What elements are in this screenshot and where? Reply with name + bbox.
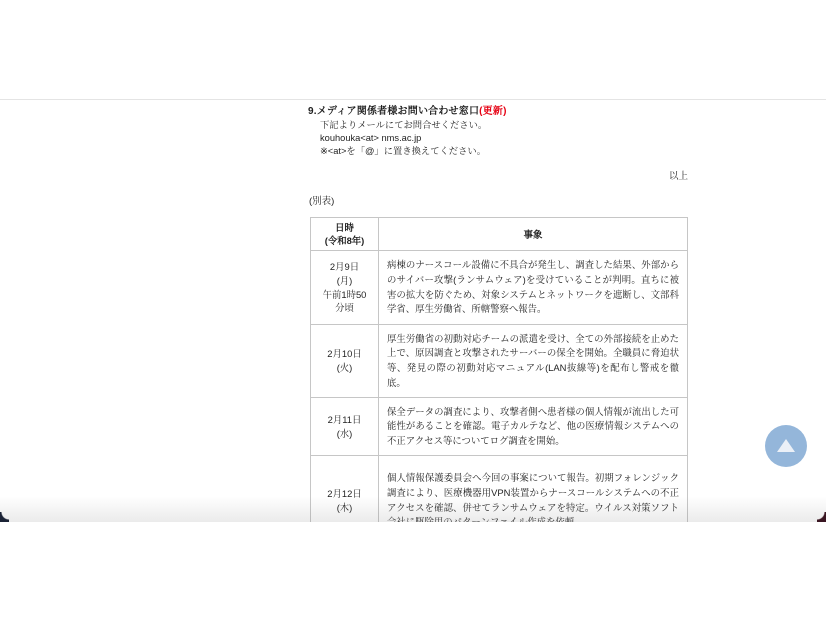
table-row: 2月11日 (水) 保全データの調査により、攻撃者側へ患者様の個人情報が流出した… [311,398,688,456]
incident-timeline-table: 日時 (令和8年) 事象 2月9日 (月) 午前1時50 分頃 病棟のナースコー… [310,217,688,522]
update-badge: (更新) [479,106,506,117]
event-cell: 病棟のナースコール設備に不具合が発生し、調査した結果、外部からのサイバー攻撃(ラ… [379,251,688,325]
frame-corner-left [0,512,9,522]
frame-corner-right [817,512,826,522]
date-cell: 2月9日 (月) 午前1時50 分頃 [311,251,379,325]
date-cell: 2月11日 (水) [311,398,379,456]
event-cell: 厚生労働省の初動対応チームの派遣を受け、全ての外部接続を止めた上で、原因調査と攻… [379,325,688,398]
contact-instruction-line: 下記よりメールにてお問合せください。 [320,119,487,132]
up-triangle-icon [777,439,795,452]
date-cell: 2月12日 (木) [311,456,379,523]
contact-email: kouhouka<at> nms.ac.jp [320,132,487,145]
table-row: 2月9日 (月) 午前1時50 分頃 病棟のナースコール設備に不具合が発生し、調… [311,251,688,325]
closing-ijou: 以上 [308,168,688,182]
column-header-event: 事象 [379,218,688,251]
section-heading: 9.メディア関係者様お問い合わせ窓口(更新) [308,102,507,117]
date-cell: 2月10日 (火) [311,325,379,398]
event-cell: 個人情報保護委員会へ今回の事案について報告。初期フォレンジック調査により、医療機… [379,456,688,523]
contact-instructions: 下記よりメールにてお問合せください。 kouhouka<at> nms.ac.j… [320,119,487,158]
appendix-label: (別表) [309,193,334,207]
table-row: 2月10日 (火) 厚生労働省の初動対応チームの派遣を受け、全ての外部接続を止め… [311,325,688,398]
table-header-row: 日時 (令和8年) 事象 [311,218,688,251]
event-cell: 保全データの調査により、攻撃者側へ患者様の個人情報が流出した可能性があることを確… [379,398,688,456]
scroll-to-top-button[interactable] [765,425,807,467]
section-heading-title: 9.メディア関係者様お問い合わせ窓口 [308,106,479,117]
column-header-datetime: 日時 (令和8年) [311,218,379,251]
document-frame: 9.メディア関係者様お問い合わせ窓口(更新) 下記よりメールにてお問合せください… [0,100,826,522]
table-row: 2月12日 (木) 個人情報保護委員会へ今回の事案について報告。初期フォレンジッ… [311,456,688,523]
contact-email-note: ※<at>を「@」に置き換えてください。 [320,145,487,158]
